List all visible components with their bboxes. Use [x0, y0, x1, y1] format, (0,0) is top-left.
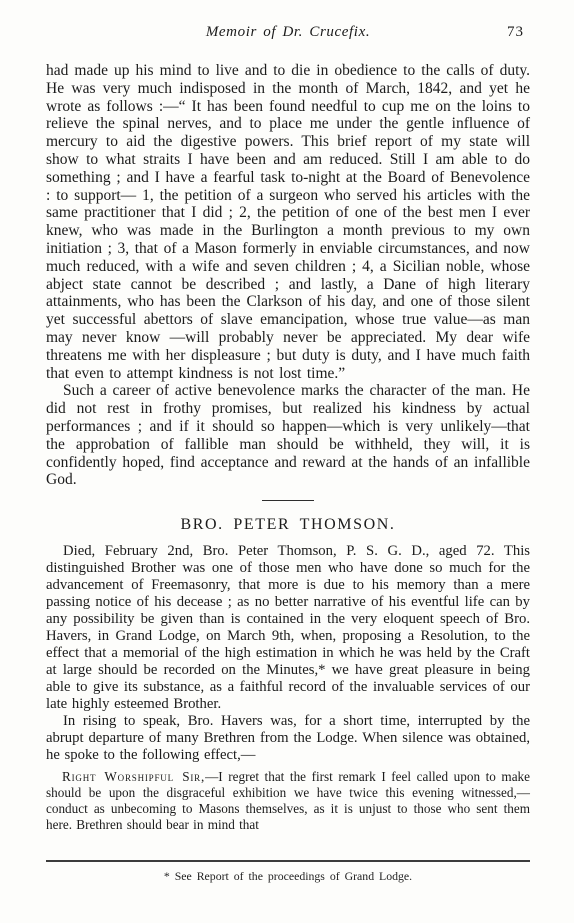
obituary-paragraph-main: Died, February 2nd, Bro. Peter Thomson, … [46, 543, 530, 713]
obituary-heading: BRO. PETER THOMSON. [46, 516, 530, 534]
speech-salutation: Right Worshipful Sir, [62, 769, 205, 784]
footnote-text: * See Report of the proceedings of Grand… [46, 869, 530, 884]
footnote-rule [46, 860, 530, 862]
memoir-paragraph-continuation: had made up his mind to live and to die … [46, 62, 530, 382]
obituary-section: BRO. PETER THOMSON. Died, February 2nd, … [46, 516, 530, 832]
memoir-section: had made up his mind to live and to die … [46, 62, 530, 489]
section-divider-rule [262, 500, 314, 501]
running-head: Memoir of Dr. Crucefix. 73 [46, 24, 530, 44]
page-body: had made up his mind to live and to die … [46, 62, 530, 832]
obituary-paragraph-transition: In rising to speak, Bro. Havers was, for… [46, 713, 530, 764]
scanned-book-page: Memoir of Dr. Crucefix. 73 had made up h… [0, 0, 574, 923]
page-number: 73 [507, 24, 524, 41]
memoir-paragraph-closing: Such a career of active benevolence mark… [46, 382, 530, 489]
running-head-title: Memoir of Dr. Crucefix. [46, 24, 530, 41]
footnote-area: * See Report of the proceedings of Grand… [46, 860, 530, 884]
speech-paragraph: Right Worshipful Sir,—I regret that the … [46, 769, 530, 832]
